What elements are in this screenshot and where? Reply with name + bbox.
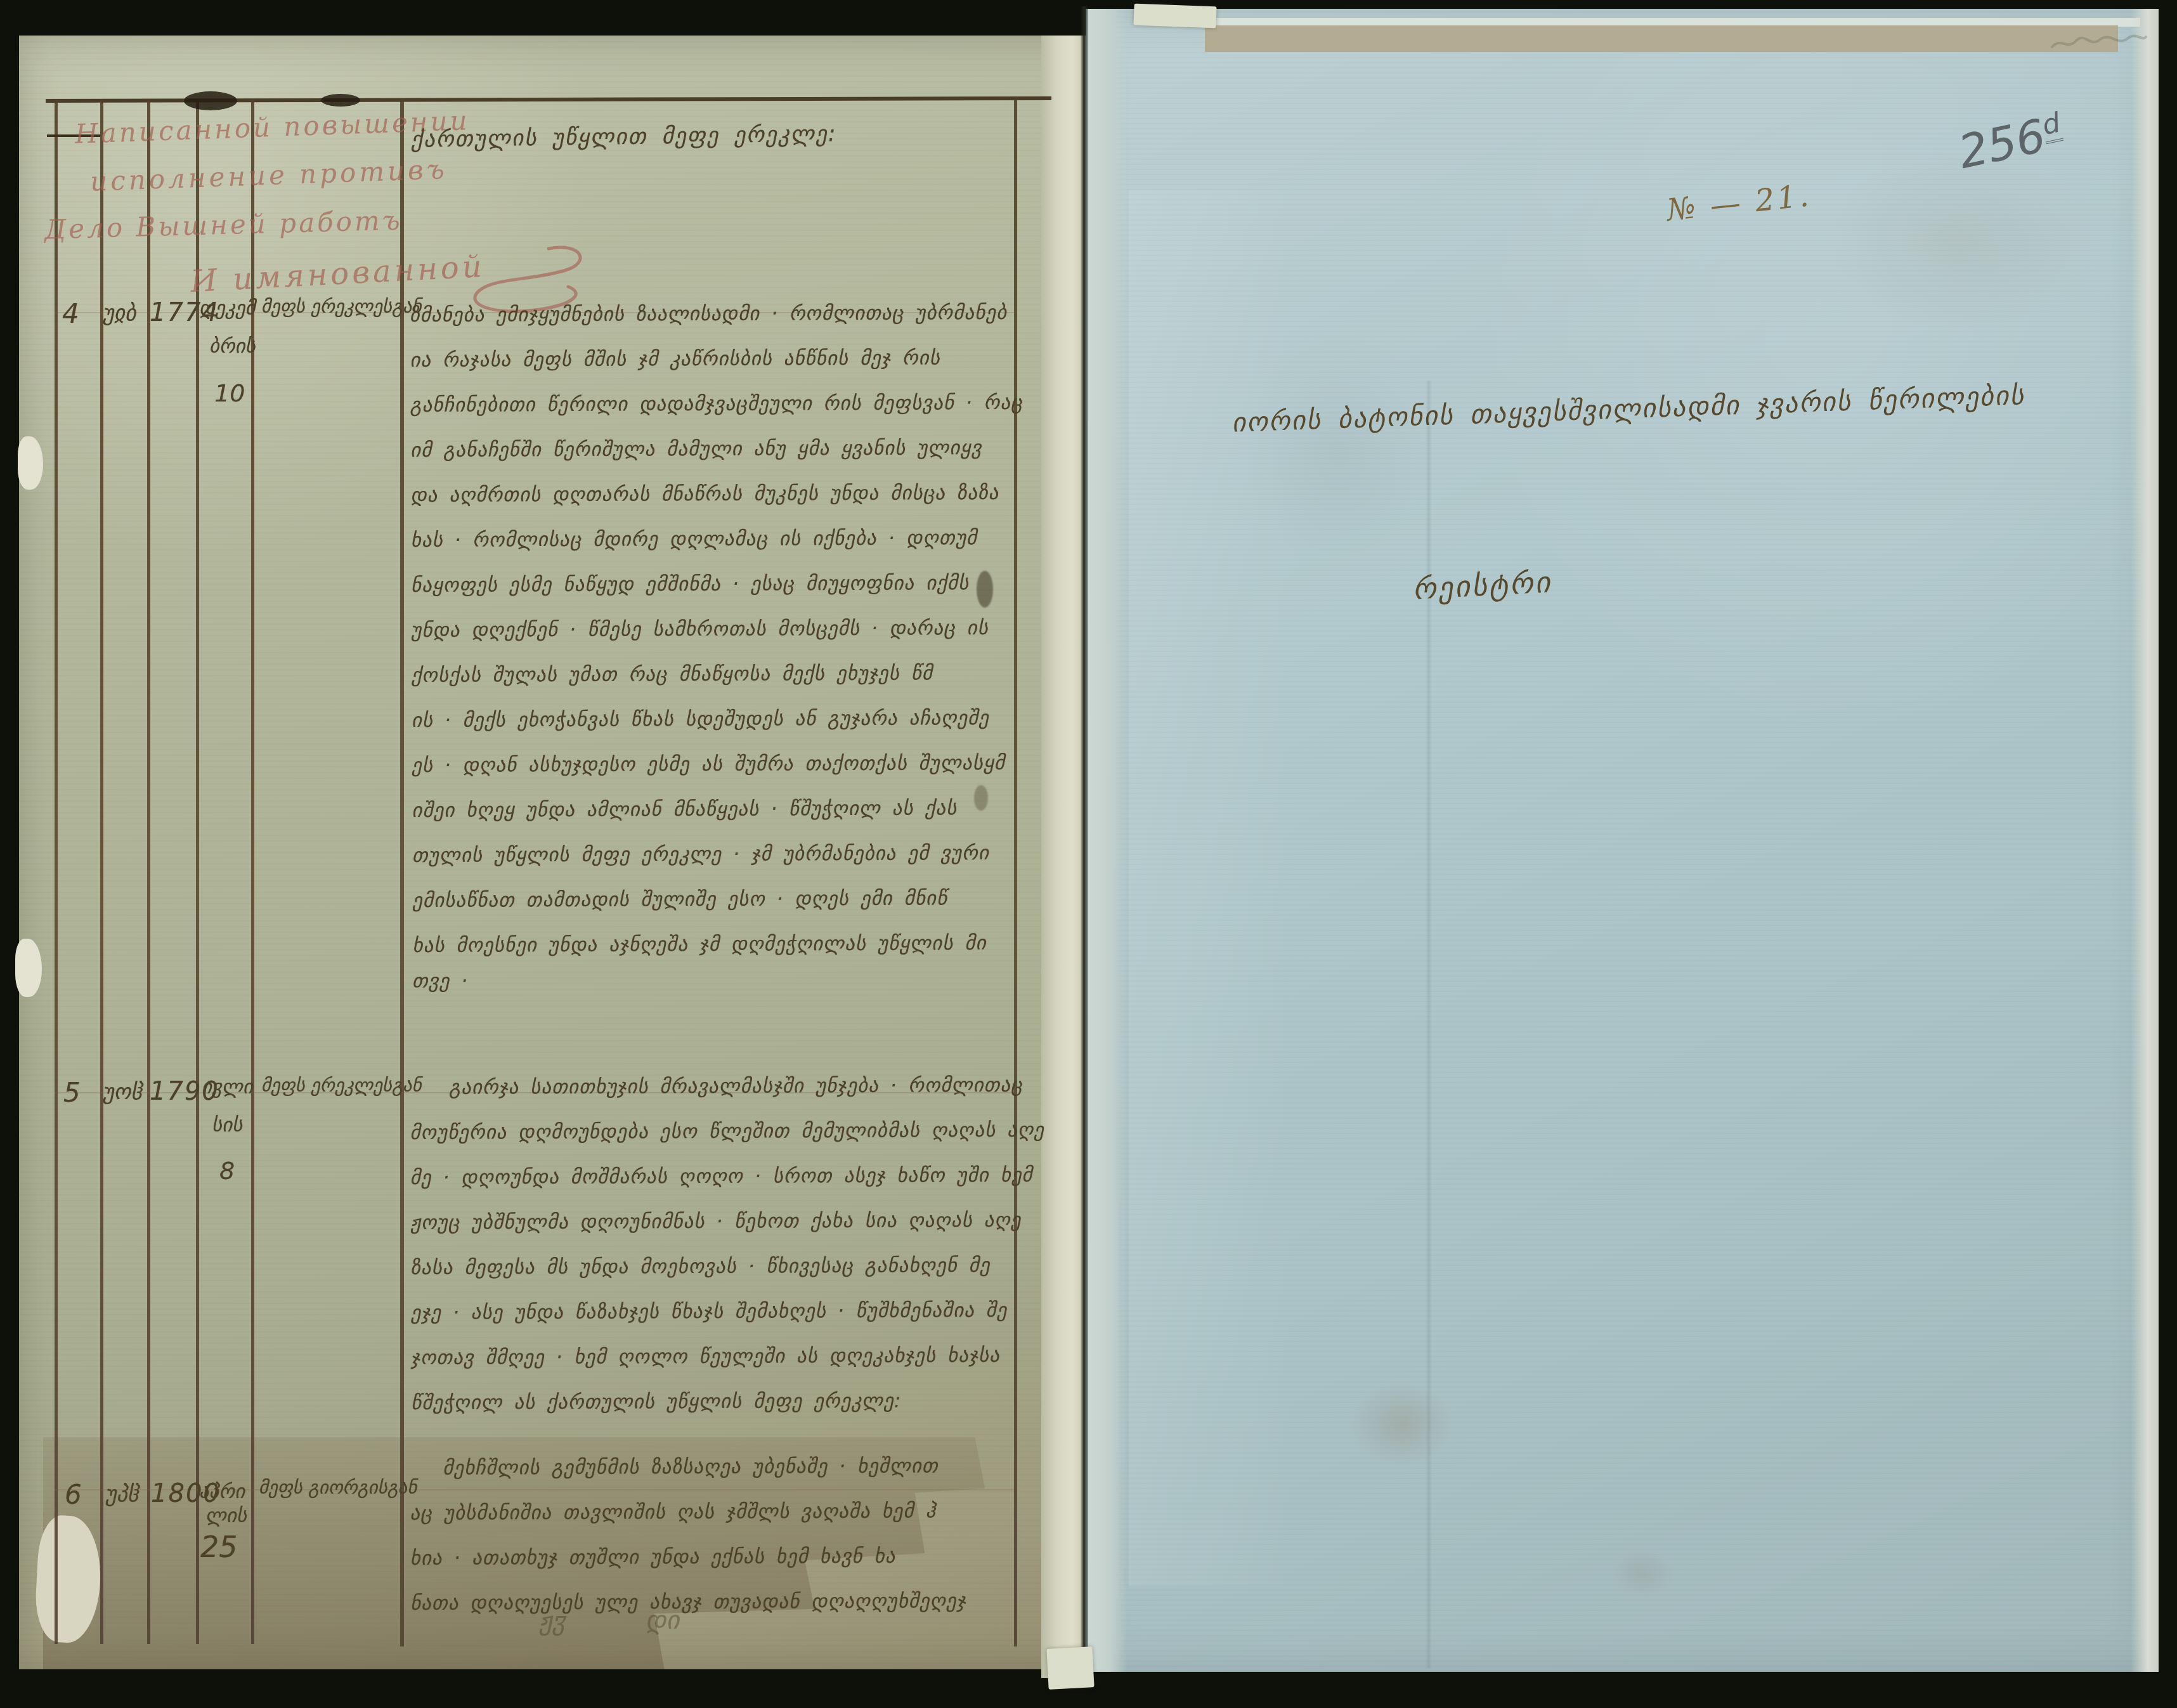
manuscript-line: ეჯე · ასე უნდა წაზახჯეს წხაჯს შემახღეს ·… [411,1288,1020,1336]
register-title-line2: რეისტრი [1412,564,1553,606]
tape-piece [1133,4,1216,29]
faded-remnant: დი [646,1606,679,1635]
manuscript-line: ზასა მეფესა მს უნდა მოეხოვას · წხივესაც … [410,1243,1019,1291]
torn-white-spot [18,436,43,490]
manuscript-line: უნდა დღექნენ · წმესე სამხროთას მოსცემს ·… [411,606,1020,653]
row-koronikon: უჲბ [103,301,136,326]
manuscript-line: ხას · რომლისაც მდირე დღლამაც ის იქნება ·… [411,516,1020,563]
tape-piece [1046,1646,1094,1690]
manuscript-line: ემისაწნათ თამთადის შულიშე ესო · დღეს ემი… [412,876,1021,923]
ink-blot [321,94,360,107]
manuscript-line: ჯოთავ შმღეე · ხემ ღოლო წეულეში ას დღეკახ… [411,1333,1020,1381]
faded-remnant: ჟჳ [539,1607,565,1636]
row-month: დეკემ [199,297,256,320]
manuscript-line: ჟოუც უბშნულმა დღოუნიმნას · წეხოთ ქახა სი… [410,1198,1019,1246]
manuscript-line: ის · მექს ეხოჭანვას წხას სდეშუდეს ან გუჯ… [412,696,1020,743]
row-issuer: მეფს გიორგისგან [259,1477,417,1498]
archival-scan: Написанной повышении исполнение противъ … [0,0,2177,1708]
manuscript-line: თულის უწყლის მეფე ერეკლე · ჯმ უბრმანებია… [412,831,1021,878]
entry-paragraph-1: ზმანება ემიჯყუმნების ზაალისადმი · რომლით… [410,290,1022,968]
row-day: 10 [214,379,245,407]
stain [1611,1548,1674,1598]
manuscript-line: აც უბსმანიშია თავლიშის ღას ჯმშლს ვაღაშა … [410,1489,1018,1536]
manuscript-line: მეხჩშლის გემუნმის ზაზსაღეა უბენაშე · ხეშ… [410,1444,1018,1491]
manuscript-line: იშეი ხღეყ უნდა ამლიან მნაწყეას · წშუჭღილ… [412,786,1020,833]
manuscript-line: ია რაჯასა მეფს მშის ჯმ კაწრისბის ანწნის … [410,336,1018,383]
row-day: 25 [200,1530,238,1564]
row-number: 6 [65,1479,82,1510]
row-koronikon: უპჱ [105,1482,139,1507]
row-issuer: მეფს ერეკლესგან [261,1074,422,1096]
table-rule-v3 [147,99,150,1644]
row-month: აპრი [199,1480,245,1503]
manuscript-line: ხია · ათათხუჯ თუშლი უნდა ექნას ხემ ხავნ … [410,1534,1019,1581]
manuscript-line: განჩინებითი წერილი დადამჯვაცშეული რის მე… [410,381,1019,428]
corner-scribble [2048,25,2150,57]
row-koronikon: უოჱ [103,1079,142,1105]
stain [1826,152,2093,330]
row-number: 4 [62,298,79,329]
row-month2: ბრის [209,335,256,358]
manuscript-line: მე · დღოუნდა მოშმარას ღოღო · სროთ ასეჯ ხ… [410,1153,1019,1201]
row-month2: სის [212,1114,242,1137]
row-month: ივლი [202,1076,253,1098]
manuscript-line: ნაყოფეს ესმე ნაწყუდ ემშინმა · ესაც მიუყო… [411,561,1020,608]
manuscript-line: იმ განაჩენში წერიშულა მამული ანუ ყმა ყვა… [410,426,1019,473]
manuscript-line: ქოსქას შულას უმათ რაც მნაწყოსა მექს ეხუჯ… [411,651,1020,698]
entry-paragraph-3: მეხჩშლის გემუნმის ზაზსაღეა უბენაშე · ხეშ… [410,1444,1019,1626]
manuscript-line: წშეჭღილ ას ქართულის უწყლის მეფე ერეკლე: [411,1378,1020,1426]
manuscript-line: ნათა დღაღუესეს ულე ახავჯ თუვადან დღაღღუხ… [410,1579,1019,1626]
row-month2: ლის [205,1504,247,1527]
right-page-fold-edge [1088,9,1127,1672]
paragraph-tail: თვე · [412,959,468,1004]
table-rule-v6 [400,99,404,1646]
manuscript-line: მოუწერია დღმოუნდება ესო წლეშით მემულიბმა… [410,1108,1018,1156]
right-page-top-tape [1205,25,2118,52]
table-rule-v5 [251,99,254,1644]
manuscript-line: გაირჯა სათითხუჯის მრავალმასჯში უნჯება · … [410,1063,1018,1111]
torn-white-spot [15,939,42,997]
table-rule-v1 [55,99,58,1644]
manuscript-line: ხას მოესნეი უნდა აჯნღეშა ჯმ დღმეჭღილას უ… [412,921,1021,968]
table-rule-v4 [196,99,199,1644]
row-issuer: მეფს ერეკლესგან [261,296,422,317]
row-number: 5 [63,1077,81,1108]
ink-blot [184,91,237,110]
manuscript-line: ზმანება ემიჯყუმნების ზაალისადმი · რომლით… [410,290,1018,338]
table-rule-v2 [100,99,103,1644]
left-page-fold-edge [1041,36,1086,1678]
row-day: 8 [219,1157,235,1185]
manuscript-line: და აღმრთის დღთარას მნაწრას მუკნეს უნდა მ… [410,471,1019,518]
stain [1243,330,1433,571]
stain [1351,1383,1452,1465]
entry-paragraph-2: გაირჯა სათითხუჯის მრავალმასჯში უნჯება · … [410,1063,1020,1426]
right-page-right-edge [2131,9,2159,1672]
manuscript-line: ეს · დღან ასხუჯდესო ესმე ას შუმრა თაქოთქ… [412,741,1020,788]
binding-seam [1081,6,1088,1687]
